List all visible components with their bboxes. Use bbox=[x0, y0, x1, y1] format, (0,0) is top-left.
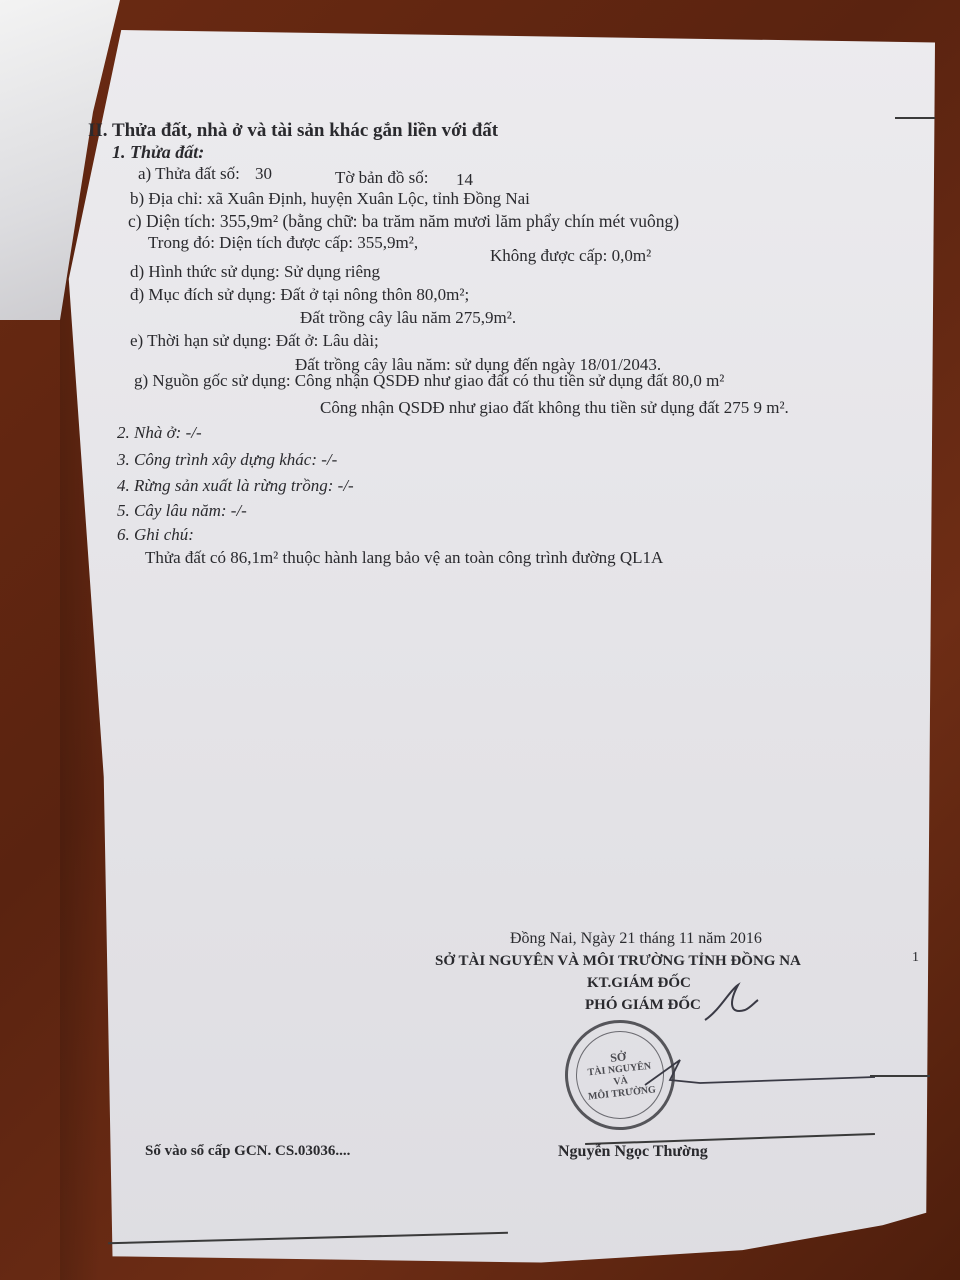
signer-name: Nguyễn Ngọc Thường bbox=[558, 1143, 708, 1161]
address-line: b) Địa chỉ: xã Xuân Định, huyện Xuân Lộc… bbox=[130, 189, 530, 209]
usage-purpose-2: Đất trồng cây lâu năm 275,9m². bbox=[300, 308, 516, 328]
section-title: II. Thửa đất, nhà ở và tài sản khác gắn … bbox=[88, 120, 498, 142]
issuing-agency: SỞ TÀI NGUYÊN VÀ MÔI TRƯỜNG TỈNH ĐỒNG NA bbox=[435, 953, 801, 970]
margin-mark: 1 bbox=[912, 950, 919, 966]
item-house: 2. Nhà ở: -/- bbox=[117, 423, 202, 443]
usage-form: d) Hình thức sử dụng: Sử dụng riêng bbox=[130, 262, 380, 282]
area-line: c) Diện tích: 355,9m² (bằng chữ: ba trăm… bbox=[128, 211, 679, 232]
date-line: Đồng Nai, Ngày 21 tháng 11 năm 2016 bbox=[510, 930, 762, 948]
parcel-number-label: a) Thửa đất số: bbox=[138, 164, 240, 184]
item-notes: 6. Ghi chú: bbox=[117, 525, 194, 545]
item-production-forest: 4. Rừng sản xuất là rừng trồng: -/- bbox=[117, 476, 354, 496]
usage-purpose: đ) Mục đích sử dụng: Đất ở tại nông thôn… bbox=[130, 285, 469, 305]
item-perennial-trees: 5. Cây lâu năm: -/- bbox=[117, 501, 247, 521]
area-granted: Trong đó: Diện tích được cấp: 355,9m², bbox=[148, 233, 418, 253]
map-sheet-number: 14 bbox=[456, 170, 473, 190]
registry-number: Số vào sổ cấp GCN. CS.03036.... bbox=[145, 1143, 350, 1160]
title-deputy-director: PHÓ GIÁM ĐỐC bbox=[585, 997, 701, 1014]
parcel-number: 30 bbox=[255, 164, 272, 184]
title-acting-director: KT.GIÁM ĐỐC bbox=[587, 975, 691, 992]
edge-line bbox=[870, 1075, 930, 1077]
edge-line-top bbox=[895, 117, 935, 119]
map-sheet-label: Tờ bản đồ số: bbox=[335, 168, 429, 188]
usage-origin: g) Nguồn gốc sử dụng: Công nhận QSDĐ như… bbox=[134, 371, 724, 391]
area-not-granted: Không được cấp: 0,0m² bbox=[490, 246, 651, 266]
item-other-construction: 3. Công trình xây dựng khác: -/- bbox=[117, 450, 337, 470]
usage-term: e) Thời hạn sử dụng: Đất ở: Lâu dài; bbox=[130, 331, 379, 351]
usage-origin-2: Công nhận QSDĐ như giao đất không thu ti… bbox=[320, 398, 789, 418]
parcel-heading: 1. Thửa đất: bbox=[112, 142, 204, 163]
signature-mark bbox=[700, 980, 760, 1025]
signature-stroke bbox=[640, 1055, 880, 1095]
note-text: Thửa đất có 86,1m² thuộc hành lang bảo v… bbox=[145, 548, 663, 568]
